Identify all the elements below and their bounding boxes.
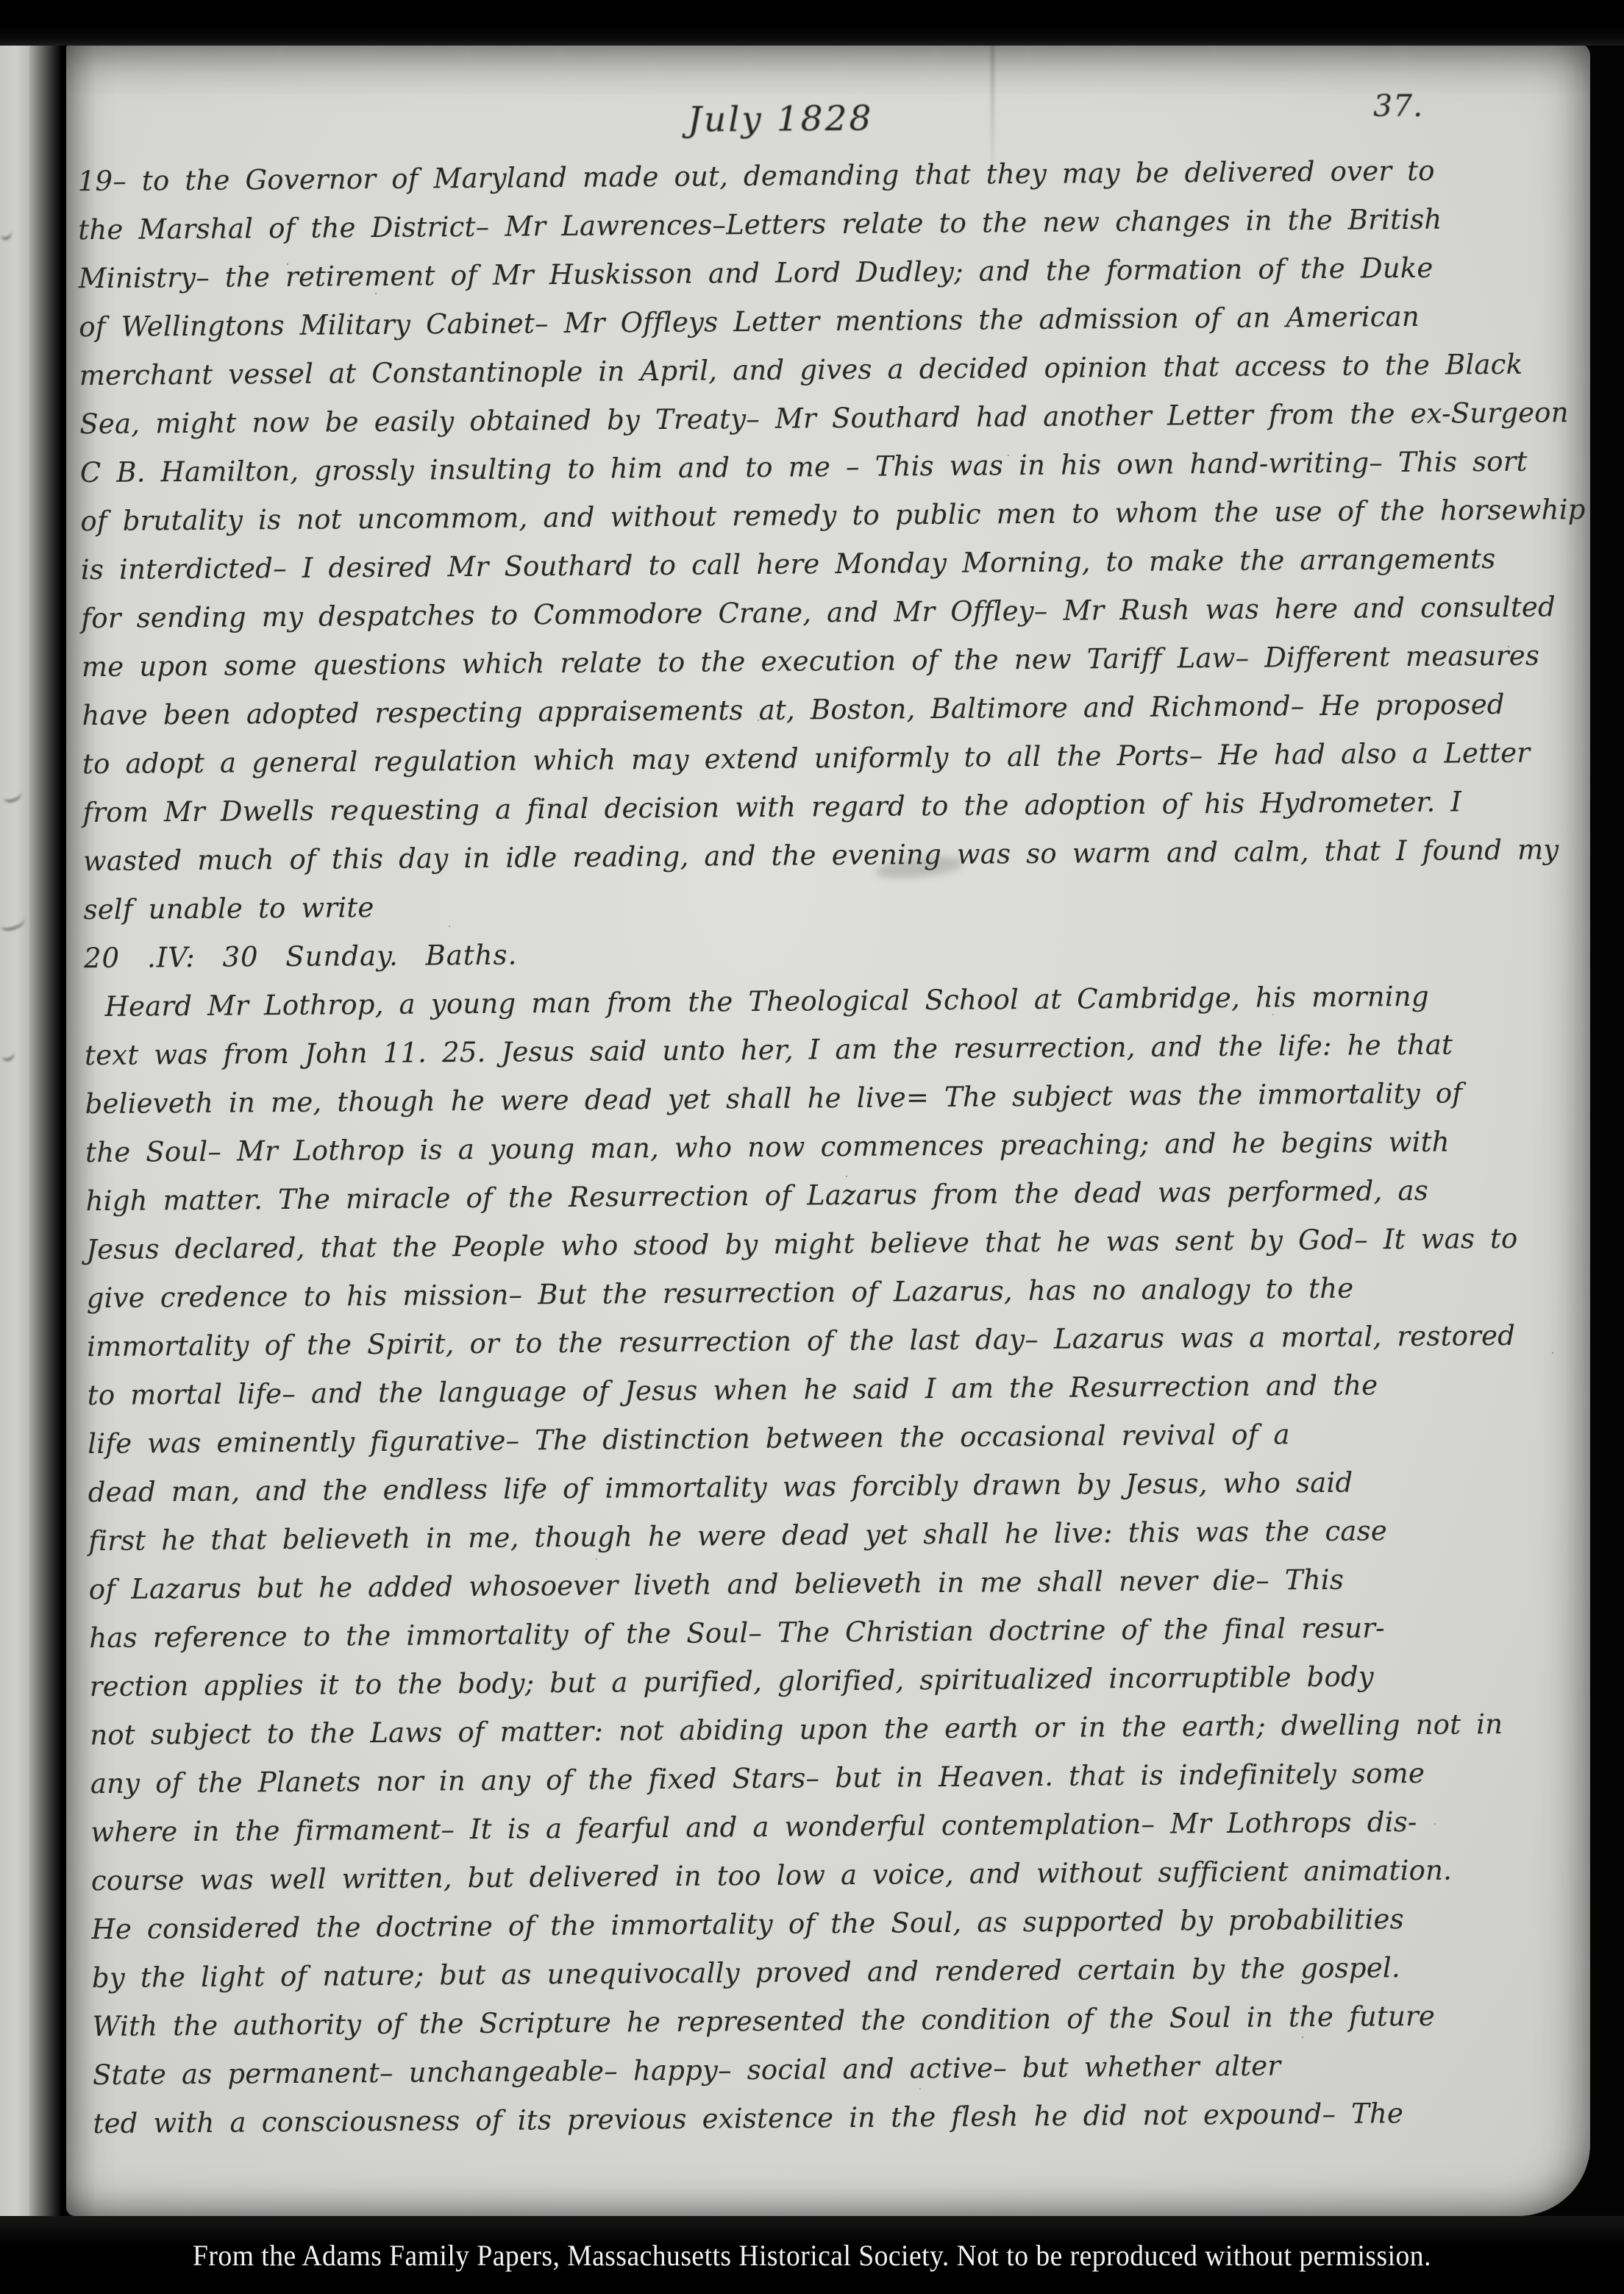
- page-content: July 1828 37. 19– to the Governor of Mar…: [66, 43, 1590, 2216]
- diary-entry-july-20: Heard Mr Lothrop, a young man from the T…: [84, 971, 1590, 2148]
- ghost-ink-mark: [0, 913, 26, 933]
- binding-gutter: [29, 41, 66, 2217]
- page-number: 37.: [1373, 88, 1424, 124]
- diary-entry-july-19: 19– to the Governor of Maryland made out…: [77, 146, 1586, 934]
- footer-band: From the Adams Family Papers, Massachuse…: [0, 2216, 1624, 2294]
- ghost-ink-mark: [0, 224, 13, 241]
- manuscript-page: July 1828 37. 19– to the Governor of Mar…: [66, 43, 1590, 2216]
- ghost-ink-mark: [1, 786, 24, 804]
- scan-top-edge: [0, 0, 1624, 46]
- manuscript-scan: July 1828 37. 19– to the Governor of Mar…: [0, 0, 1624, 2294]
- archive-credit: From the Adams Family Papers, Massachuse…: [49, 2238, 1575, 2273]
- facing-page-edge: [0, 41, 29, 2217]
- ghost-ink-mark: [0, 1045, 16, 1062]
- manuscript-body: 19– to the Governor of Maryland made out…: [77, 146, 1590, 2148]
- page-date-header: July 1828: [688, 99, 874, 141]
